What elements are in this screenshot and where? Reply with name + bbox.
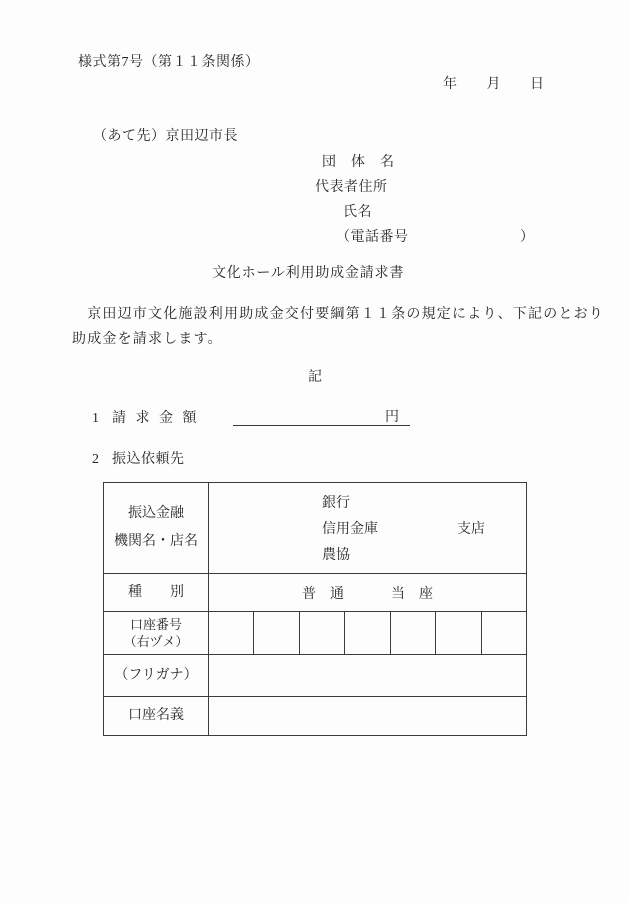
claim-amount-label: 請 求 金 額 <box>112 410 197 427</box>
representative-name-label: 氏名 <box>343 204 372 221</box>
account-digit-cell <box>435 612 480 654</box>
item2-number: 2 <box>92 451 100 468</box>
account-holder-label-cell: 口座名義 <box>104 697 209 735</box>
account-type-value-cell: 普 通 当 座 <box>209 574 526 611</box>
body-text-line1: 京田辺市文化施設利用助成金交付要綱第１１条の規定により、下記のとおり <box>72 306 604 323</box>
bank-option-credit-union: 信用金庫 <box>322 517 526 543</box>
account-digit-cell <box>344 612 389 654</box>
table-row-account-type: 種 別 普 通 当 座 <box>104 573 526 611</box>
account-digit-cell <box>253 612 298 654</box>
table-row-account-number: 口座番号 （右ヅメ） <box>104 611 526 654</box>
note-mark: 記 <box>308 369 323 386</box>
account-holder-value-cell <box>209 697 526 735</box>
document-page: 様式第7号（第１１条関係） 年 月 日 （あて先）京田辺市長 団 体 名 代表者… <box>0 0 630 903</box>
date-line: 年 月 日 <box>443 76 545 93</box>
account-holder-label: 口座名義 <box>128 702 184 730</box>
furigana-label: （フリガナ） <box>114 662 197 690</box>
bank-option-bank: 銀行 <box>322 491 526 517</box>
account-digit-cell <box>209 612 253 654</box>
document-title: 文化ホール利用助成金請求書 <box>212 265 404 282</box>
organization-name-label: 団 体 名 <box>322 154 395 171</box>
account-number-label-cell: 口座番号 （右ヅメ） <box>104 612 209 654</box>
account-number-value-cell <box>209 612 526 654</box>
account-type-label: 種 別 <box>128 579 184 607</box>
yen-unit-label: 円 <box>385 410 399 425</box>
bank-transfer-table: 振込金融 機関名・店名 銀行 信用金庫 農協 支店 種 別 普 通 当 座 <box>103 482 527 736</box>
bank-option-agricultural-coop: 農協 <box>322 543 526 569</box>
form-number: 様式第7号（第１１条関係） <box>78 54 260 71</box>
account-number-label-line2: （右ヅメ） <box>124 633 189 650</box>
branch-suffix-label: 支店 <box>457 517 485 543</box>
table-row-furigana: （フリガナ） <box>104 654 526 696</box>
furigana-value-cell <box>209 655 526 696</box>
bank-institution-label-line2: 機関名・店名 <box>114 528 198 556</box>
furigana-label-cell: （フリガナ） <box>104 655 209 696</box>
bank-institution-label-cell: 振込金融 機関名・店名 <box>104 483 209 573</box>
table-row-account-holder: 口座名義 <box>104 696 526 735</box>
transfer-destination-label: 振込依頼先 <box>112 451 185 468</box>
body-text-line2: 助成金を請求します。 <box>72 331 223 348</box>
account-digit-cell <box>481 612 526 654</box>
table-row-bank: 振込金融 機関名・店名 銀行 信用金庫 農協 支店 <box>104 483 526 573</box>
account-digit-cell <box>390 612 435 654</box>
account-digit-cells <box>209 612 526 654</box>
bank-institution-label-line1: 振込金融 <box>128 500 184 528</box>
account-type-label-cell: 種 別 <box>104 574 209 611</box>
addressee: （あて先）京田辺市長 <box>93 128 238 145</box>
bank-institution-value-cell: 銀行 信用金庫 農協 支店 <box>209 483 526 573</box>
claim-amount-blank-line: 円 <box>233 409 410 426</box>
phone-number-close-paren: ） <box>520 229 535 246</box>
account-type-current: 当 座 <box>391 583 433 603</box>
account-type-ordinary: 普 通 <box>302 583 344 603</box>
account-type-options: 普 通 当 座 <box>209 574 526 611</box>
account-digit-cell <box>299 612 344 654</box>
account-number-label-line1: 口座番号 <box>130 616 182 633</box>
representative-address-label: 代表者住所 <box>315 179 388 196</box>
phone-number-label: （電話番号 <box>336 229 409 246</box>
item1-number: 1 <box>92 410 100 427</box>
